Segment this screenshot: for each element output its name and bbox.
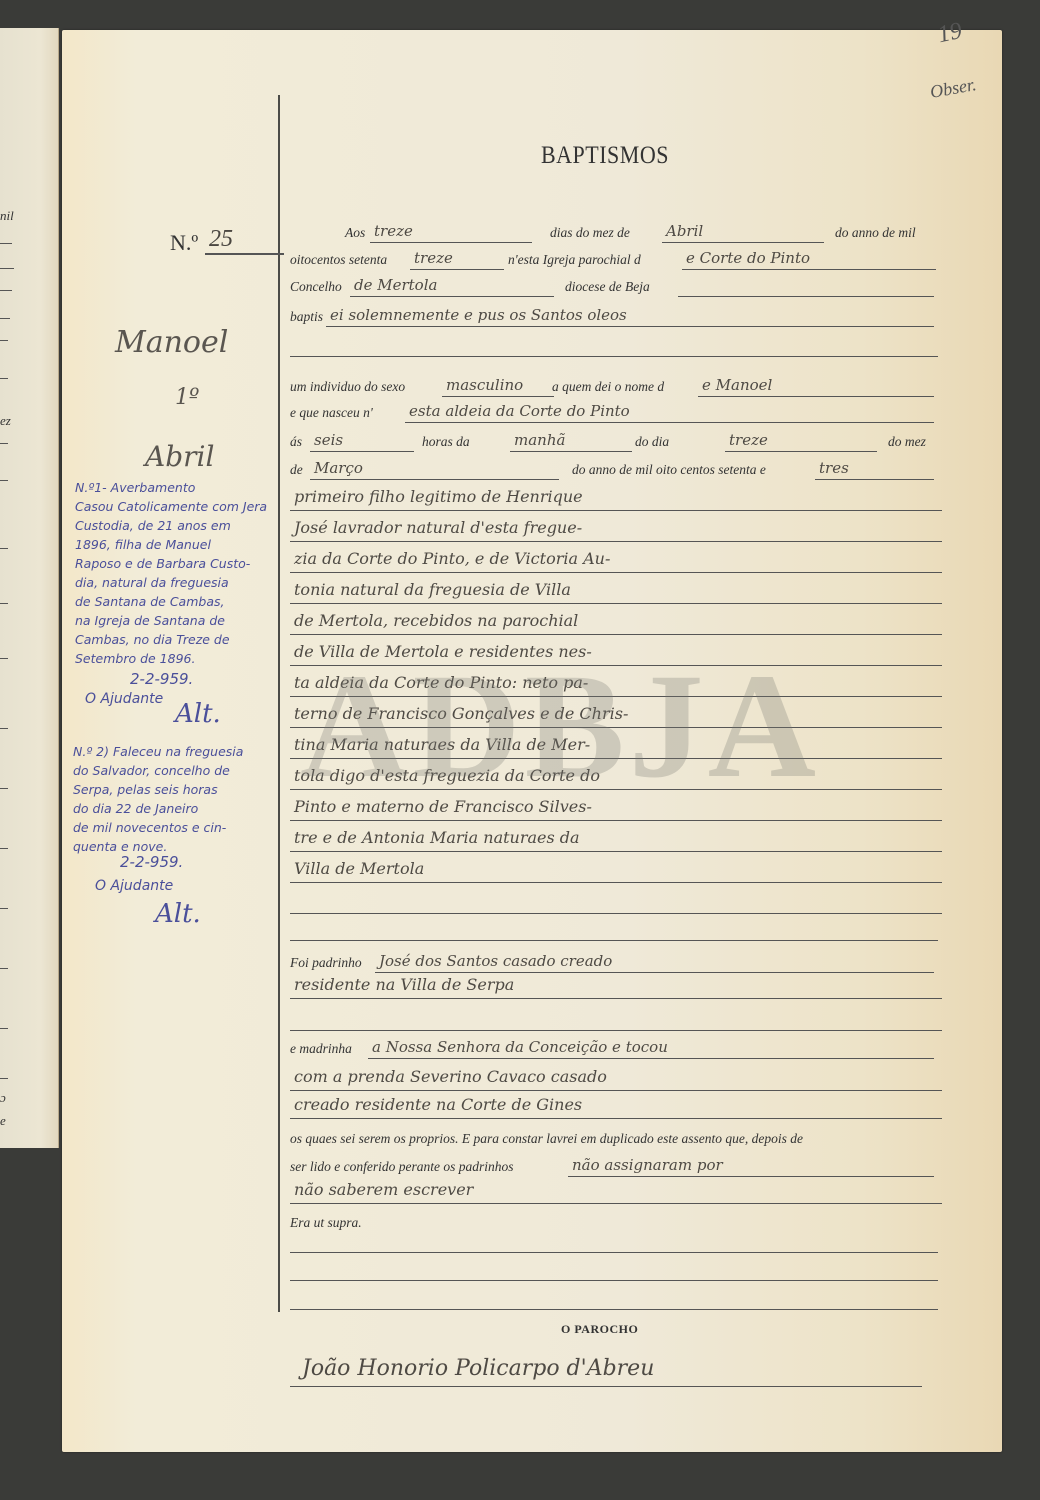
printed-label: diocese de Beja [565, 279, 650, 295]
godmother-line: creado residente na Corte de Gines [290, 1090, 942, 1119]
margin-name: Manoel [115, 325, 228, 360]
printed-label: ás [290, 434, 302, 450]
ruled-line [0, 548, 8, 549]
printed-label: baptis [290, 309, 323, 325]
adjacent-page-edge: nil ez ɔ e [0, 28, 59, 1148]
godmother-line: com a prenda Severino Cavaco casado [290, 1062, 942, 1091]
blank-line [290, 356, 938, 357]
handwritten-parish: e Corte do Pinto [682, 247, 936, 270]
blank-line [290, 1280, 938, 1281]
godfather-line [290, 1002, 942, 1031]
ruled-line [0, 968, 8, 969]
archive-watermark: ADBJA [300, 640, 820, 812]
handwritten-birth-year: tres [815, 457, 934, 480]
ruled-line [0, 1078, 8, 1079]
handwritten-year: treze [410, 247, 504, 270]
ruled-line [0, 318, 10, 319]
printed-label: e madrinha [290, 1041, 352, 1057]
page-fragment-text: e [0, 1113, 6, 1129]
printed-label: Concelho [290, 279, 342, 295]
annotation-2-date: 2-2-959. [120, 853, 183, 872]
handwritten-signature-note: não assignaram por [568, 1154, 934, 1177]
ruled-line [0, 480, 8, 481]
form-line-godmother: e madrinha a Nossa Senhora da Conceição … [290, 1034, 938, 1060]
handwritten-period: manhã [510, 429, 632, 452]
blank-line [290, 940, 938, 941]
handwritten-given-name: e Manoel [698, 374, 934, 397]
ruled-line [0, 268, 14, 269]
folio-number: 19 [935, 18, 964, 49]
printed-label: do anno de mil [835, 225, 916, 241]
margin-day: 1º [175, 385, 199, 410]
form-line-birthplace: e que nasceu n' esta aldeia da Corte do … [290, 398, 938, 424]
handwritten-hour: seis [310, 429, 414, 452]
ruled-line [0, 728, 8, 729]
annotation-1-date: 2-2-959. [130, 670, 193, 689]
ruled-line [0, 1028, 8, 1029]
ruled-line [0, 290, 12, 291]
handwritten-day: treze [370, 220, 532, 243]
handwritten-godmother: a Nossa Senhora da Conceição e tocou [368, 1036, 934, 1059]
ruled-line [0, 340, 8, 341]
printed-label: um individuo do sexo [290, 379, 405, 395]
handwritten-birth-month: Março [310, 457, 559, 480]
printed-label: e que nasceu n' [290, 405, 373, 421]
annotation-2-text: N.º 2) Faleceu na freguesia do Salvador,… [73, 742, 278, 856]
parish-priest-label: O PAROCHO [561, 1322, 638, 1337]
body-line: Villa de Mertola [290, 854, 942, 883]
annotation-1-signer: O Ajudante [85, 690, 163, 709]
body-line: zia da Corte do Pinto, e de Victoria Au- [290, 544, 942, 573]
ruled-line [0, 603, 8, 604]
annotation-2-initials: Alt. [155, 905, 201, 924]
body-line: de Mertola, recebidos na parochial [290, 606, 942, 635]
body-line [290, 885, 942, 914]
handwritten-birthplace: esta aldeia da Corte do Pinto [405, 400, 934, 423]
margin-month: Abril [145, 440, 214, 473]
ruled-line [0, 443, 8, 444]
form-line-date: Aos treze dias do mez de Abril do anno d… [290, 218, 938, 244]
form-line-year-parish: oitocentos setenta treze n'esta Igreja p… [290, 245, 938, 271]
printed-label: do mez [888, 434, 926, 450]
printed-label: de [290, 462, 303, 478]
entry-number-value: 25 [205, 226, 284, 255]
annotation-1-text: N.º1- Averbamento Casou Catolicamente co… [75, 478, 275, 668]
body-line: tre e de Antonia Maria naturaes da [290, 823, 942, 852]
form-line-birth-month-year: de Março do anno de mil oito centos sete… [290, 455, 938, 481]
handwritten-month: Abril [662, 220, 824, 243]
blank-line [290, 1309, 938, 1310]
body-line: primeiro filho legitimo de Henrique [290, 482, 942, 511]
margin-divider [278, 95, 280, 1312]
printed-label: a quem dei o nome d [552, 379, 664, 395]
form-line-baptism: baptis ei solemnemente e pus os Santos o… [290, 302, 938, 328]
handwritten-diocese-extra [678, 274, 934, 297]
priest-signature: João Honorio Policarpo d'Abreu [290, 1350, 922, 1387]
printed-label: ser lido e conferido perante os padrinho… [290, 1159, 513, 1175]
page-fragment-text: ɔ [0, 1090, 6, 1106]
printed-era: Era ut supra. [290, 1215, 362, 1231]
printed-closing: os quaes sei serem os proprios. E para c… [290, 1131, 803, 1147]
ruled-line [0, 378, 8, 379]
printed-label: do anno de mil oito centos setenta e [572, 462, 766, 478]
printed-label: do dia [635, 434, 669, 450]
form-line-birth-time: ás seis horas da manhã do dia treze do m… [290, 427, 938, 453]
body-line: tonia natural da freguesia de Villa [290, 575, 942, 604]
entry-number-label: N.º [170, 230, 198, 256]
printed-label: Aos [345, 225, 365, 241]
form-line-concelho: Concelho de Mertola diocese de Beja [290, 272, 938, 298]
printed-label: dias do mez de [550, 225, 630, 241]
form-line-sex-name: um individuo do sexo masculino a quem de… [290, 372, 938, 398]
page-fragment-text: ez [0, 413, 11, 429]
handwritten-concelho: de Mertola [350, 274, 554, 297]
ruled-line [0, 848, 8, 849]
ruled-line [0, 908, 8, 909]
era-line: Era ut supra. [290, 1208, 938, 1234]
printed-label: horas da [422, 434, 470, 450]
ruled-line [0, 788, 8, 789]
page-title: BAPTISMOS [541, 140, 669, 170]
page-fragment-text: nil [0, 208, 14, 224]
closing-line-1: os quaes sei serem os proprios. E para c… [290, 1124, 938, 1150]
blank-line [290, 1252, 938, 1253]
body-line: José lavrador natural d'esta fregue- [290, 513, 942, 542]
closing-handwritten-line: não saberem escrever [290, 1175, 942, 1204]
ruled-line [0, 243, 12, 244]
handwritten-birth-day: treze [725, 429, 877, 452]
annotation-1-initials: Alt. [175, 705, 221, 724]
annotation-2-signer: O Ajudante [95, 877, 173, 896]
godfather-line: residente na Villa de Serpa [290, 970, 942, 999]
handwritten-baptism-text: ei solemnemente e pus os Santos oleos [326, 304, 934, 327]
printed-label: oitocentos setenta [290, 252, 387, 268]
printed-label: Foi padrinho [290, 955, 362, 971]
printed-label: n'esta Igreja parochial d [508, 252, 641, 268]
handwritten-sex: masculino [442, 374, 554, 397]
ruled-line [0, 658, 8, 659]
